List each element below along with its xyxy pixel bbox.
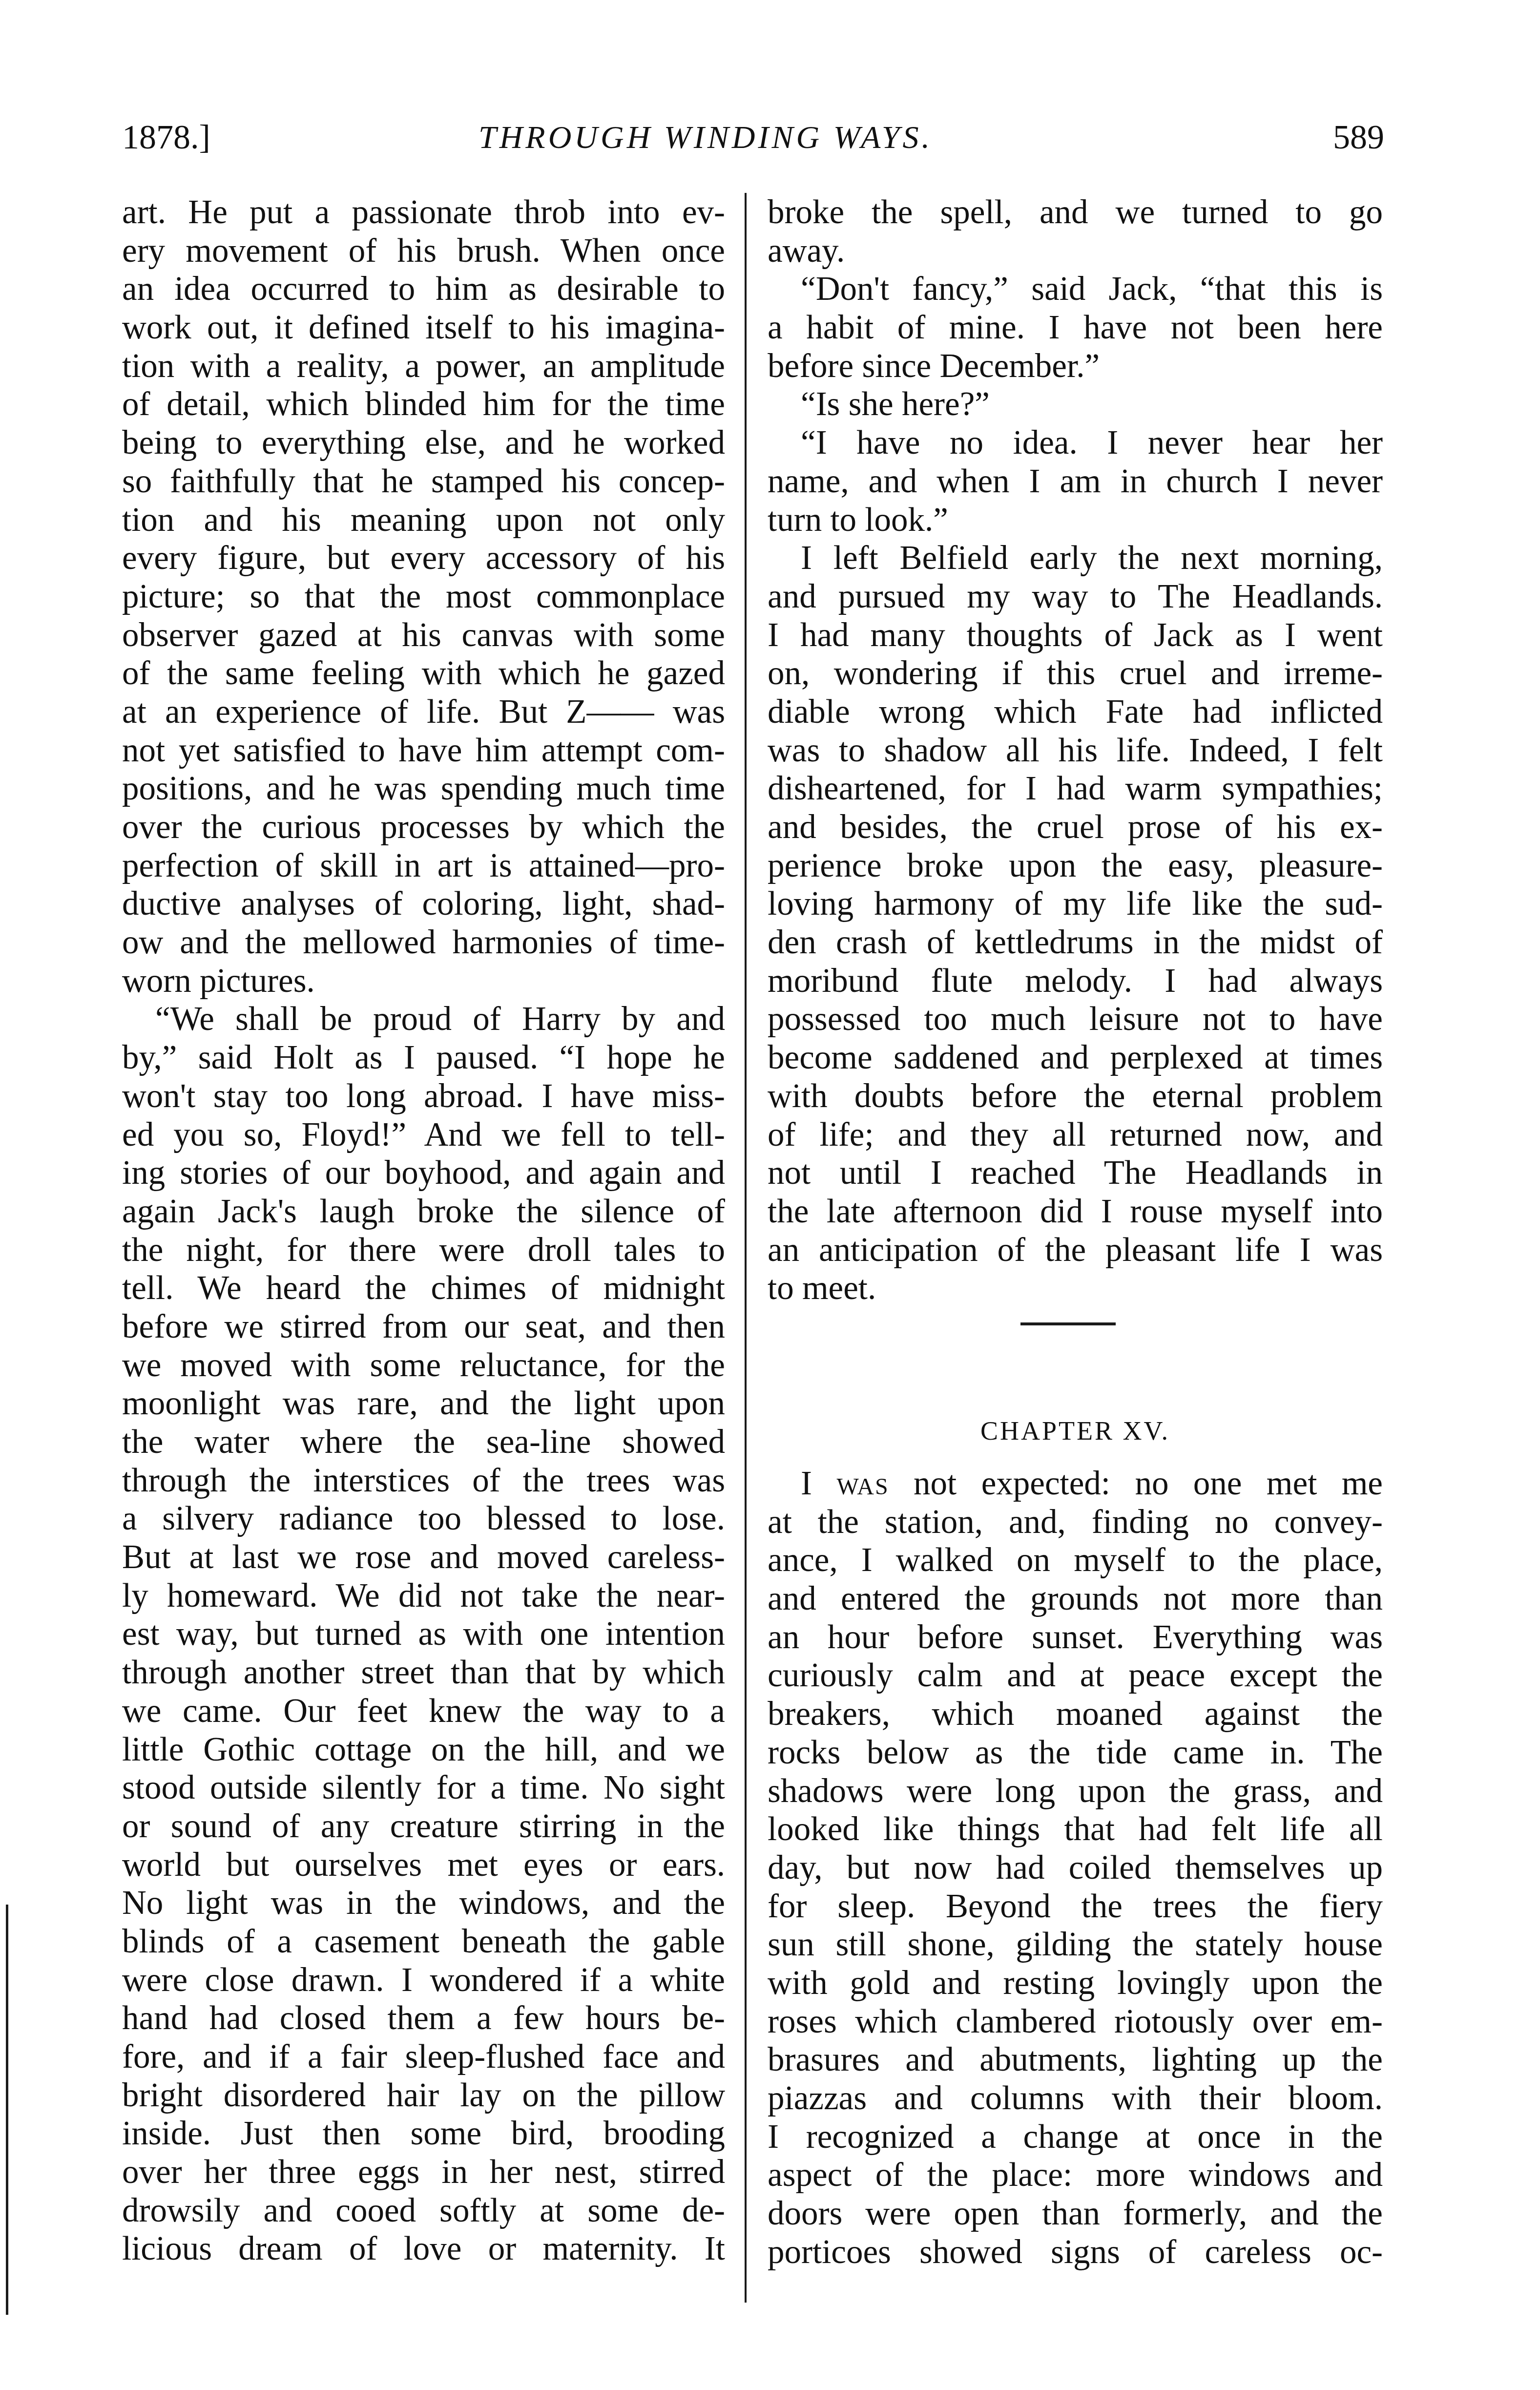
- right-column-lower: I was not expected: no one met me at the…: [768, 1464, 1383, 2271]
- text-line: positions, and he was spending much time: [122, 769, 725, 808]
- text-line: est way, but turned as with one intentio…: [122, 1614, 725, 1653]
- text-line: blinds of a casement beneath the gable: [122, 1922, 725, 1961]
- text-line: of detail, which blinded him for the tim…: [122, 385, 725, 423]
- section-break-rule: [1020, 1322, 1116, 1325]
- text-line: not yet satisfied to have him attempt co…: [122, 731, 725, 770]
- text-line: disheartened, for I had warm sympathies;: [768, 769, 1383, 808]
- text-line: being to everything else, and he worked: [122, 423, 725, 462]
- text-line: tion and his meaning upon not only: [122, 501, 725, 539]
- text-line: turn to look.”: [768, 501, 1383, 539]
- text-line: stood outside silently for a time. No si…: [122, 1768, 725, 1807]
- text-line: diable wrong which Fate had inflicted: [768, 692, 1383, 731]
- text-line: brasures and abutments, lighting up the: [768, 2040, 1383, 2079]
- text-line: over the curious processes by which the: [122, 808, 725, 846]
- text-line: every figure, but every accessory of his: [122, 539, 725, 577]
- text-line: drowsily and cooed softly at some de-: [122, 2191, 725, 2230]
- text-line: so faithfully that he stamped his concep…: [122, 462, 725, 501]
- binding-edge-mark: [6, 1905, 8, 2315]
- text-line: looked like things that had felt life al…: [768, 1810, 1383, 1848]
- text-line: aspect of the place: more windows and: [768, 2156, 1383, 2194]
- text-line: and entered the grounds not more than: [768, 1579, 1383, 1618]
- column-divider-rule: [745, 193, 747, 2303]
- text-line: moonlight was rare, and the light upon: [122, 1384, 725, 1423]
- text-line: won't stay too long abroad. I have miss-: [122, 1077, 725, 1115]
- text-line: name, and when I am in church I never: [768, 462, 1383, 501]
- text-line: at an experience of life. But Z—— was: [122, 692, 725, 731]
- text-line: art. He put a passionate throb into ev-: [122, 193, 725, 231]
- text-line: inside. Just then some bird, brooding: [122, 2114, 725, 2153]
- running-head: 1878.] THROUGH WINDING WAYS. 589: [122, 113, 1384, 162]
- text-line: an anticipation of the pleasant life I w…: [768, 1231, 1383, 1269]
- text-line: with doubts before the eternal problem: [768, 1077, 1383, 1115]
- text-line: I had many thoughts of Jack as I went: [768, 616, 1383, 654]
- text-line: licious dream of love or maternity. It: [122, 2229, 725, 2268]
- text-line: day, but now had coiled themselves up: [768, 1848, 1383, 1887]
- text-line: perfection of skill in art is attained—p…: [122, 846, 725, 885]
- text-line: through another street than that by whic…: [122, 1653, 725, 1692]
- text-line: not until I reached The Headlands in: [768, 1153, 1383, 1192]
- text-line: a habit of mine. I have not been here: [768, 308, 1383, 347]
- text-line: to meet.: [768, 1269, 1383, 1307]
- chapter-opening-line: I was not expected: no one met me: [768, 1464, 1383, 1503]
- text-line: hand had closed them a few hours be-: [122, 1999, 725, 2037]
- left-column: art. He put a passionate throb into ev- …: [122, 193, 725, 2268]
- text-line: the late afternoon did I rouse myself in…: [768, 1192, 1383, 1231]
- text-line: ductive analyses of coloring, light, sha…: [122, 884, 725, 923]
- text-line: away.: [768, 231, 1383, 270]
- opening-initial: I: [801, 1465, 836, 1502]
- text-line: ly homeward. We did not take the near-: [122, 1576, 725, 1615]
- text-line: piazzas and columns with their bloom.: [768, 2079, 1383, 2117]
- text-line: loving harmony of my life like the sud-: [768, 884, 1383, 923]
- chapter-heading: CHAPTER XV.: [768, 1411, 1383, 1450]
- text-line: of the same feeling with which he gazed: [122, 654, 725, 692]
- text-line: we came. Our feet knew the way to a: [122, 1692, 725, 1730]
- text-line: before we stirred from our seat, and the…: [122, 1307, 725, 1346]
- opening-smallcaps-word: was: [836, 1465, 889, 1502]
- text-line: broke the spell, and we turned to go: [768, 193, 1383, 231]
- text-line: tell. We heard the chimes of midnight: [122, 1269, 725, 1307]
- text-line: sun still shone, gilding the stately hou…: [768, 1925, 1383, 1964]
- text-line: roses which clambered riotously over em-: [768, 2002, 1383, 2041]
- text-line: an idea occurred to him as desirable to: [122, 270, 725, 308]
- text-line: breakers, which moaned against the: [768, 1695, 1383, 1733]
- text-line: at the station, and, finding no convey-: [768, 1503, 1383, 1541]
- text-line: work out, it defined itself to his imagi…: [122, 308, 725, 347]
- text-line: “I have no idea. I never hear her: [768, 423, 1383, 462]
- text-line: again Jack's laugh broke the silence of: [122, 1192, 725, 1231]
- text-line: perience broke upon the easy, pleasure-: [768, 846, 1383, 885]
- page-number: 589: [1333, 113, 1384, 162]
- text-line: curiously calm and at peace except the: [768, 1656, 1383, 1695]
- running-head-title: THROUGH WINDING WAYS.: [479, 113, 1030, 162]
- text-line: over her three eggs in her nest, stirred: [122, 2153, 725, 2191]
- text-line: for sleep. Beyond the trees the fiery: [768, 1887, 1383, 1926]
- text-line: “We shall be proud of Harry by and: [122, 1000, 725, 1038]
- text-line: ed you so, Floyd!” And we fell to tell-: [122, 1115, 725, 1154]
- text-line: by,” said Holt as I paused. “I hope he: [122, 1038, 725, 1077]
- text-line: ance, I walked on myself to the place,: [768, 1541, 1383, 1579]
- text-line: worn pictures.: [122, 962, 725, 1000]
- text-line: of life; and they all returned now, and: [768, 1115, 1383, 1154]
- text-line: possessed too much leisure not to have: [768, 1000, 1383, 1038]
- text-line: tion with a reality, a power, an amplitu…: [122, 347, 725, 385]
- text-line: and pursued my way to The Headlands.: [768, 577, 1383, 616]
- text-line: the water where the sea-line showed: [122, 1423, 725, 1461]
- scanned-magazine-page: 1878.] THROUGH WINDING WAYS. 589 art. He…: [0, 0, 1540, 2390]
- text-line: were close drawn. I wondered if a white: [122, 1961, 725, 1999]
- text-line: picture; so that the most commonplace: [122, 577, 725, 616]
- text-line: an hour before sunset. Everything was: [768, 1618, 1383, 1656]
- text-line: ery movement of his brush. When once: [122, 231, 725, 270]
- text-line: observer gazed at his canvas with some: [122, 616, 725, 654]
- text-line: I left Belfield early the next morning,: [768, 539, 1383, 577]
- text-line: But at last we rose and moved careless-: [122, 1538, 725, 1576]
- text-line: “Is she here?”: [768, 385, 1383, 423]
- right-column-upper: broke the spell, and we turned to go awa…: [768, 193, 1383, 1307]
- text-line: ing stories of our boyhood, and again an…: [122, 1153, 725, 1192]
- running-head-year: 1878.]: [122, 113, 210, 162]
- text-line: become saddened and perplexed at times: [768, 1038, 1383, 1077]
- text-line: a silvery radiance too blessed to lose.: [122, 1499, 725, 1538]
- text-line: through the interstices of the trees was: [122, 1461, 725, 1500]
- text-line: bright disordered hair lay on the pillow: [122, 2076, 725, 2115]
- text-line: rocks below as the tide came in. The: [768, 1733, 1383, 1772]
- text-line: before since December.”: [768, 347, 1383, 385]
- text-line: with gold and resting lovingly upon the: [768, 1964, 1383, 2002]
- text-line: doors were open than formerly, and the: [768, 2194, 1383, 2233]
- text-line: the night, for there were droll tales to: [122, 1231, 725, 1269]
- text-line: we moved with some reluctance, for the: [122, 1346, 725, 1384]
- text-line: shadows were long upon the grass, and: [768, 1772, 1383, 1810]
- text-line: was to shadow all his life. Indeed, I fe…: [768, 731, 1383, 770]
- text-line: world but ourselves met eyes or ears.: [122, 1845, 725, 1884]
- text-line: little Gothic cottage on the hill, and w…: [122, 1730, 725, 1769]
- text-line: moribund flute melody. I had always: [768, 962, 1383, 1000]
- text-line: I recognized a change at once in the: [768, 2117, 1383, 2156]
- text-line: or sound of any creature stirring in the: [122, 1807, 725, 1845]
- opening-rest: not expected: no one met me: [889, 1465, 1383, 1502]
- text-line: on, wondering if this cruel and irreme-: [768, 654, 1383, 692]
- text-line: and besides, the cruel prose of his ex-: [768, 808, 1383, 846]
- text-line: den crash of kettledrums in the midst of: [768, 923, 1383, 962]
- text-line: porticoes showed signs of careless oc-: [768, 2233, 1383, 2271]
- text-line: fore, and if a fair sleep-flushed face a…: [122, 2037, 725, 2076]
- text-line: ow and the mellowed harmonies of time-: [122, 923, 725, 962]
- text-line: No light was in the windows, and the: [122, 1884, 725, 1922]
- text-line: “Don't fancy,” said Jack, “that this is: [768, 270, 1383, 308]
